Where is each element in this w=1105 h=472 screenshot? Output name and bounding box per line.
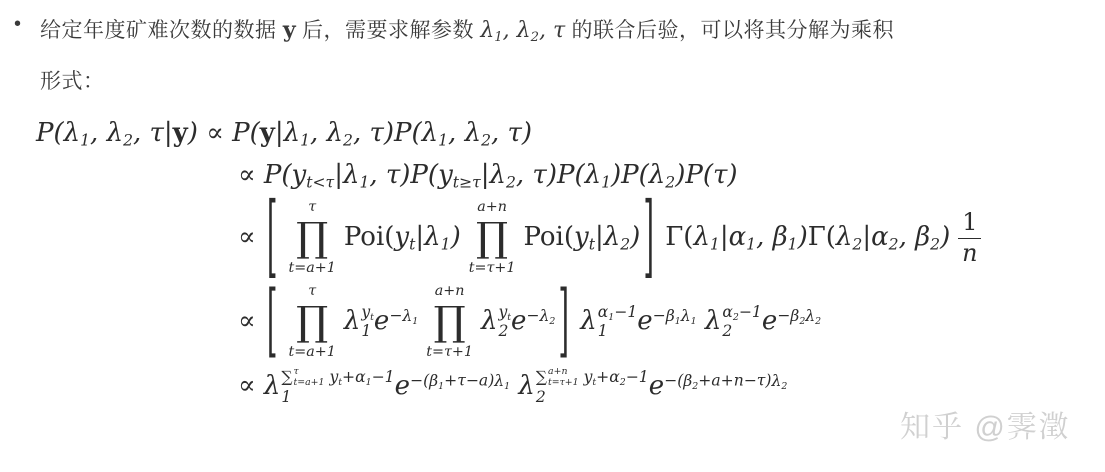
math-subscript: 2 bbox=[343, 132, 353, 150]
math-base-supsub: λyt1 bbox=[344, 306, 374, 336]
formula-line-5: ∝ λ∑τt=a+1 yt+α1−11e−(β1+τ−a)λ1 λ∑a+nt=τ… bbox=[238, 367, 1105, 406]
math-base: α bbox=[871, 222, 889, 252]
math-run: + bbox=[596, 368, 609, 386]
math-script-stack: ∑a+nt=τ+1 yt+α2−12 bbox=[536, 367, 649, 406]
math-run: τ bbox=[294, 366, 299, 377]
math-subscript: 1 bbox=[281, 389, 394, 407]
math-base: y bbox=[574, 222, 589, 252]
math-base-sub: α2 bbox=[722, 303, 739, 321]
paragraph-line-2: 形式： bbox=[40, 60, 1105, 104]
formula-line-3: ∝ [τ∏t=a+1Poi(yt|λ1)a+n∏t=τ+1Poi(yt|λ2)]… bbox=[238, 199, 1105, 277]
paragraph-text-1: 给定年度矿难次数的数据 bbox=[40, 19, 283, 42]
math-run: | bbox=[862, 222, 871, 252]
math-script-stack: yt2 bbox=[498, 304, 511, 341]
math-run: , bbox=[756, 222, 773, 252]
math-base-supsub: λα2−12 bbox=[705, 306, 762, 336]
math-run: t=a+1 bbox=[294, 377, 325, 388]
math-base-sub: λ1 bbox=[681, 307, 697, 325]
math-base-sub: λ2 bbox=[836, 222, 862, 252]
math-run: −1 bbox=[614, 303, 637, 321]
math-superscript: −β1λ1 bbox=[653, 307, 697, 325]
math-base-sub: λ1 bbox=[494, 372, 510, 390]
math-base-sub: λ2 bbox=[107, 118, 133, 148]
math-run: 1 bbox=[361, 322, 371, 340]
math-base: λ bbox=[681, 307, 691, 325]
paragraph-line-1: 给定年度矿难次数的数据 y 后，需要求解参数 λ1, λ2, τ 的联合后验，可… bbox=[40, 8, 1105, 60]
math-script-stack: a+nt=τ+1 bbox=[548, 367, 579, 389]
product-operator-icon: a+n∏t=τ+1 bbox=[469, 199, 516, 277]
math-base-sub: β2 bbox=[790, 307, 805, 325]
math-run: , bbox=[90, 118, 107, 148]
math-base: λ bbox=[402, 307, 412, 325]
math-superscript: −λ2 bbox=[526, 307, 555, 325]
math-base-sup: e−(β1+τ−a)λ1 bbox=[395, 371, 511, 401]
math-subscript: 1 bbox=[359, 173, 369, 191]
math-base: e bbox=[637, 306, 652, 336]
math-base-sub: λ1 bbox=[480, 18, 502, 43]
math-run: − bbox=[653, 307, 666, 325]
math-base-sub: λ1 bbox=[422, 118, 448, 148]
math-run: −1 bbox=[626, 368, 649, 386]
stretch-bracket: ] bbox=[558, 283, 569, 362]
math-run: P( bbox=[264, 160, 292, 190]
math-script-stack: ∑τt=a+1 yt+α1−11 bbox=[281, 367, 394, 406]
math-base: λ bbox=[465, 118, 481, 148]
math-run: a+n bbox=[548, 366, 567, 377]
math-base-sub: β1 bbox=[666, 307, 681, 325]
math-base: λ bbox=[490, 160, 506, 190]
math-run: | bbox=[415, 222, 424, 252]
math-superscript: −(β2+a+n−τ)λ2 bbox=[664, 372, 787, 390]
math-base: e bbox=[374, 306, 389, 336]
operator-lower-limit: t=a+1 bbox=[289, 260, 336, 278]
math-base-supsub: λ∑a+nt=τ+1 yt+α2−12 bbox=[518, 371, 648, 401]
math-subscript: 1 bbox=[598, 323, 638, 341]
math-script-stack: α2−12 bbox=[722, 304, 762, 341]
math-run: +τ−a) bbox=[444, 372, 494, 390]
math-base: β bbox=[683, 372, 692, 390]
math-run: )P(τ) bbox=[675, 160, 737, 190]
math-bold-run: y bbox=[260, 118, 275, 148]
math-base: λ bbox=[604, 222, 620, 252]
math-run: , bbox=[310, 118, 327, 148]
math-base: λ bbox=[480, 18, 494, 43]
math-base-supsub: ∑τt=a+1 bbox=[281, 368, 324, 386]
math-roman-run: ∝ bbox=[238, 371, 264, 401]
math-base-sub: β1 bbox=[773, 222, 798, 252]
math-subscript: t=τ+1 bbox=[548, 378, 579, 389]
math-base: λ bbox=[518, 371, 534, 401]
math-base: λ bbox=[422, 118, 438, 148]
operator-symbol: ∏ bbox=[434, 301, 466, 343]
math-base: β bbox=[429, 372, 438, 390]
math-base-sup: e−λ2 bbox=[511, 306, 555, 336]
paragraph-text-2: 后，需要求解参数 bbox=[296, 19, 481, 42]
operator-symbol: ∏ bbox=[296, 217, 328, 259]
math-base-sub: λ2 bbox=[649, 160, 675, 190]
math-run: 2 bbox=[498, 322, 508, 340]
product-operator-icon: τ∏t=a+1 bbox=[289, 199, 336, 277]
math-base-sub: λ2 bbox=[772, 372, 788, 390]
product-operator-icon: τ∏t=a+1 bbox=[289, 283, 336, 361]
math-subscript: 1 bbox=[361, 323, 374, 341]
math-base-sub: λ1 bbox=[284, 118, 310, 148]
math-superscript: yt bbox=[361, 304, 374, 324]
math-base: e bbox=[649, 371, 664, 401]
math-base: β bbox=[915, 222, 930, 252]
math-base-supsub: λ∑τt=a+1 yt+α1−11 bbox=[264, 371, 395, 401]
math-run bbox=[697, 306, 705, 336]
math-run: | bbox=[595, 222, 604, 252]
paragraph-text-3: 的联合后验，可以将其分解为乘积 bbox=[565, 19, 894, 42]
math-base: λ bbox=[481, 306, 497, 336]
math-subscript: 1 bbox=[300, 132, 310, 150]
math-base: λ bbox=[705, 306, 721, 336]
math-base-sub: λ2 bbox=[517, 18, 539, 43]
zhihu-watermark: 知乎 @霁澂 bbox=[900, 402, 1071, 446]
math-superscript: yt bbox=[498, 304, 511, 324]
math-roman-run: Γ( bbox=[808, 222, 836, 252]
math-base-sub: λ2 bbox=[327, 118, 353, 148]
math-run: 1 bbox=[281, 388, 291, 406]
math-subscript: 1 bbox=[412, 316, 418, 327]
math-subscript: 2 bbox=[123, 132, 133, 150]
math-run: | bbox=[275, 118, 284, 148]
math-base: λ bbox=[424, 222, 440, 252]
math-base: λ bbox=[264, 371, 280, 401]
operator-symbol: ∏ bbox=[476, 217, 508, 259]
math-base-sub: λ1 bbox=[343, 160, 369, 190]
math-subscript: 1 bbox=[746, 236, 756, 254]
math-run: − bbox=[526, 307, 539, 325]
math-base: λ bbox=[284, 118, 300, 148]
math-base-sub: yt bbox=[361, 303, 374, 321]
math-base: α bbox=[722, 303, 733, 321]
math-subscript: 2 bbox=[498, 323, 511, 341]
math-subscript: 2 bbox=[930, 236, 940, 254]
math-base-sub: λ1 bbox=[64, 118, 90, 148]
math-roman-run: ∝ bbox=[206, 118, 232, 148]
fraction-numerator: 1 bbox=[958, 208, 981, 239]
math-base: λ bbox=[540, 307, 550, 325]
math-subscript: 1 bbox=[80, 132, 90, 150]
math-base: λ bbox=[836, 222, 852, 252]
math-base: e bbox=[511, 306, 526, 336]
math-superscript: ∑a+nt=τ+1 yt+α2−1 bbox=[536, 367, 649, 389]
math-base-sub: α1 bbox=[598, 303, 615, 321]
math-run: ) bbox=[451, 222, 461, 252]
math-base: λ bbox=[585, 160, 601, 190]
math-subscript: t<τ bbox=[306, 173, 334, 191]
math-subscript: 2 bbox=[722, 323, 762, 341]
math-run: )P( bbox=[611, 160, 649, 190]
math-superscript: α1−1 bbox=[598, 304, 638, 324]
math-run: , bbox=[899, 222, 916, 252]
math-base-supsub: λyt2 bbox=[481, 306, 511, 336]
math-subscript: 2 bbox=[620, 236, 630, 254]
math-base-sup: e−(β2+a+n−τ)λ2 bbox=[649, 371, 788, 401]
math-base-sub: yt≥τ bbox=[438, 160, 481, 190]
inline-parameters: λ1, λ2, τ bbox=[480, 18, 565, 43]
operator-lower-limit: t=τ+1 bbox=[426, 344, 473, 362]
math-subscript: 1 bbox=[788, 236, 798, 254]
formula-block: P(λ1, λ2, τ|y) ∝ P(y|λ1, λ2, τ)P(λ1, λ2,… bbox=[36, 116, 1105, 407]
math-base: y bbox=[498, 303, 507, 321]
math-run: ) bbox=[940, 222, 950, 252]
paragraph-text-4: 形式： bbox=[40, 70, 105, 93]
formula-line-2: ∝ P(yt<τ|λ1, τ)P(yt≥τ|λ2, τ)P(λ1)P(λ2)P(… bbox=[238, 158, 1105, 194]
math-base-sub: α2 bbox=[871, 222, 898, 252]
math-subscript: 2 bbox=[549, 316, 555, 327]
math-base: e bbox=[762, 306, 777, 336]
math-base: α bbox=[355, 368, 366, 386]
math-base-sub: β2 bbox=[683, 372, 698, 390]
math-subscript: 1 bbox=[438, 132, 448, 150]
math-roman-run: Γ( bbox=[657, 222, 693, 252]
math-base: λ bbox=[649, 160, 665, 190]
math-run: −( bbox=[664, 372, 683, 390]
math-roman-run: ∝ bbox=[238, 160, 264, 190]
math-base-sub: λ2 bbox=[604, 222, 630, 252]
math-run: | bbox=[720, 222, 729, 252]
math-roman-run: Poi( bbox=[344, 222, 395, 252]
math-base: λ bbox=[494, 372, 504, 390]
bullet-point: • bbox=[14, 13, 21, 36]
math-base: y bbox=[361, 303, 370, 321]
operator-symbol: ∏ bbox=[296, 301, 328, 343]
math-base: λ bbox=[805, 307, 815, 325]
math-base: λ bbox=[343, 160, 359, 190]
math-base-sub: yt bbox=[498, 303, 511, 321]
math-subscript: 1 bbox=[601, 173, 611, 191]
math-base: λ bbox=[344, 306, 360, 336]
math-superscript: −β2λ2 bbox=[777, 307, 821, 325]
math-script-stack: yt1 bbox=[361, 304, 374, 341]
math-subscript: 2 bbox=[536, 389, 649, 407]
math-base: λ bbox=[772, 372, 782, 390]
math-run: −1 bbox=[739, 303, 762, 321]
math-base-sup: e−λ1 bbox=[374, 306, 418, 336]
math-base: α bbox=[609, 368, 620, 386]
math-base-sub: α1 bbox=[355, 368, 372, 386]
math-base: λ bbox=[517, 18, 531, 43]
math-base-sub: yt bbox=[574, 222, 595, 252]
document-page: • 给定年度矿难次数的数据 y 后，需要求解参数 λ1, λ2, τ 的联合后验… bbox=[0, 0, 1105, 472]
product-operator-icon: a+n∏t=τ+1 bbox=[426, 283, 473, 361]
math-base: y bbox=[394, 222, 409, 252]
math-superscript: ∑τt=a+1 yt+α1−1 bbox=[281, 367, 394, 389]
math-subscript: 2 bbox=[665, 173, 675, 191]
data-vector-y: y bbox=[283, 17, 296, 43]
math-run: | bbox=[481, 160, 490, 190]
math-run: , τ)P( bbox=[353, 118, 422, 148]
math-run: + bbox=[342, 368, 355, 386]
math-base-sub: α1 bbox=[729, 222, 756, 252]
math-base: λ bbox=[64, 118, 80, 148]
math-run: , τ)P( bbox=[516, 160, 585, 190]
math-base: λ bbox=[327, 118, 343, 148]
math-base-sub: λ2 bbox=[490, 160, 516, 190]
math-subscript: 2 bbox=[481, 132, 491, 150]
math-base: ∑ bbox=[536, 368, 547, 386]
math-base-sup: e−β1λ1 bbox=[637, 306, 696, 336]
math-script-stack: τt=a+1 bbox=[294, 367, 325, 389]
math-superscript: −(β1+τ−a)λ1 bbox=[410, 372, 510, 390]
math-subscript: t≥τ bbox=[453, 173, 481, 191]
math-run: −1 bbox=[372, 368, 395, 386]
math-superscript: −λ1 bbox=[389, 307, 418, 325]
math-run: − bbox=[389, 307, 402, 325]
math-base-sub: λ1 bbox=[585, 160, 611, 190]
math-base: β bbox=[790, 307, 799, 325]
math-base: e bbox=[395, 371, 410, 401]
math-base-sub: λ1 bbox=[693, 222, 719, 252]
operator-lower-limit: t=a+1 bbox=[289, 344, 336, 362]
math-base: λ bbox=[693, 222, 709, 252]
math-subscript: 1 bbox=[710, 236, 720, 254]
math-run: , τ| bbox=[133, 118, 173, 148]
math-run: ) bbox=[630, 222, 640, 252]
fraction-denominator: n bbox=[962, 239, 977, 269]
math-base-sup: e−β2λ2 bbox=[762, 306, 821, 336]
math-run: −( bbox=[410, 372, 429, 390]
math-base-sub: yt<τ bbox=[292, 160, 335, 190]
math-run: 1 bbox=[598, 322, 608, 340]
math-base-sub: yt bbox=[394, 222, 415, 252]
math-base: ∑ bbox=[281, 368, 292, 386]
math-run: P( bbox=[232, 118, 260, 148]
math-roman-run: ∝ bbox=[238, 306, 264, 336]
math-run: , bbox=[503, 18, 517, 43]
math-roman-run: ∝ bbox=[238, 222, 264, 252]
operator-lower-limit: t=τ+1 bbox=[469, 260, 516, 278]
math-run: , bbox=[448, 118, 465, 148]
formula-line-1: P(λ1, λ2, τ|y) ∝ P(y|λ1, λ2, τ)P(λ1, λ2,… bbox=[36, 116, 1105, 152]
math-run: | bbox=[334, 160, 343, 190]
math-base-sub: α2 bbox=[609, 368, 626, 386]
formula-line-4: ∝ [τ∏t=a+1λyt1e−λ1a+n∏t=τ+1λyt2e−λ2] λα1… bbox=[238, 283, 1105, 361]
math-base-supsub: ∑a+nt=τ+1 bbox=[536, 368, 579, 386]
math-base: y bbox=[292, 160, 307, 190]
math-base-sub: λ1 bbox=[402, 307, 418, 325]
math-run: , τ)P( bbox=[369, 160, 438, 190]
math-run: , τ bbox=[539, 18, 565, 43]
math-run: P( bbox=[36, 118, 64, 148]
math-run: 2 bbox=[536, 388, 546, 406]
math-run: − bbox=[777, 307, 790, 325]
math-superscript: α2−1 bbox=[722, 304, 762, 324]
math-bold-run: y bbox=[173, 118, 188, 148]
bullet-paragraph: • 给定年度矿难次数的数据 y 后，需要求解参数 λ1, λ2, τ 的联合后验… bbox=[0, 0, 1105, 104]
math-subscript: 2 bbox=[815, 316, 821, 327]
math-script-stack: α1−11 bbox=[598, 304, 638, 341]
math-roman-run: Poi( bbox=[523, 222, 574, 252]
math-base-sub: β2 bbox=[915, 222, 940, 252]
math-run: 2 bbox=[722, 322, 732, 340]
math-base: β bbox=[666, 307, 675, 325]
math-base-sub: yt bbox=[584, 368, 597, 386]
math-base: λ bbox=[107, 118, 123, 148]
stretch-bracket: [ bbox=[267, 193, 278, 283]
math-subscript: 2 bbox=[852, 236, 862, 254]
stretch-bracket: ] bbox=[643, 193, 654, 283]
math-base: y bbox=[438, 160, 453, 190]
math-base-sub: β1 bbox=[429, 372, 444, 390]
math-run: ) bbox=[798, 222, 808, 252]
math-base-sub: λ2 bbox=[540, 307, 556, 325]
math-base: λ bbox=[580, 306, 596, 336]
math-run: ) bbox=[188, 118, 206, 148]
math-base: α bbox=[729, 222, 747, 252]
math-subscript: 2 bbox=[506, 173, 516, 191]
math-base: α bbox=[598, 303, 609, 321]
math-run: , τ) bbox=[491, 118, 532, 148]
math-base-sub: λ1 bbox=[424, 222, 450, 252]
stretch-bracket: [ bbox=[267, 283, 278, 362]
fraction: 1n bbox=[958, 208, 981, 269]
math-subscript: 1 bbox=[494, 30, 502, 45]
math-base-sub: λ2 bbox=[805, 307, 821, 325]
math-base-sub: yt bbox=[329, 368, 342, 386]
math-base: y bbox=[329, 368, 338, 386]
math-subscript: 2 bbox=[889, 236, 899, 254]
math-base-supsub: λα1−11 bbox=[580, 306, 637, 336]
math-run: +a+n−τ) bbox=[698, 372, 771, 390]
math-subscript: 1 bbox=[441, 236, 451, 254]
math-base: β bbox=[773, 222, 788, 252]
math-subscript: 2 bbox=[531, 30, 539, 45]
math-subscript: 2 bbox=[781, 380, 787, 391]
math-base-sub: λ2 bbox=[465, 118, 491, 148]
math-subscript: t=a+1 bbox=[294, 378, 325, 389]
math-run: t=τ+1 bbox=[548, 377, 579, 388]
